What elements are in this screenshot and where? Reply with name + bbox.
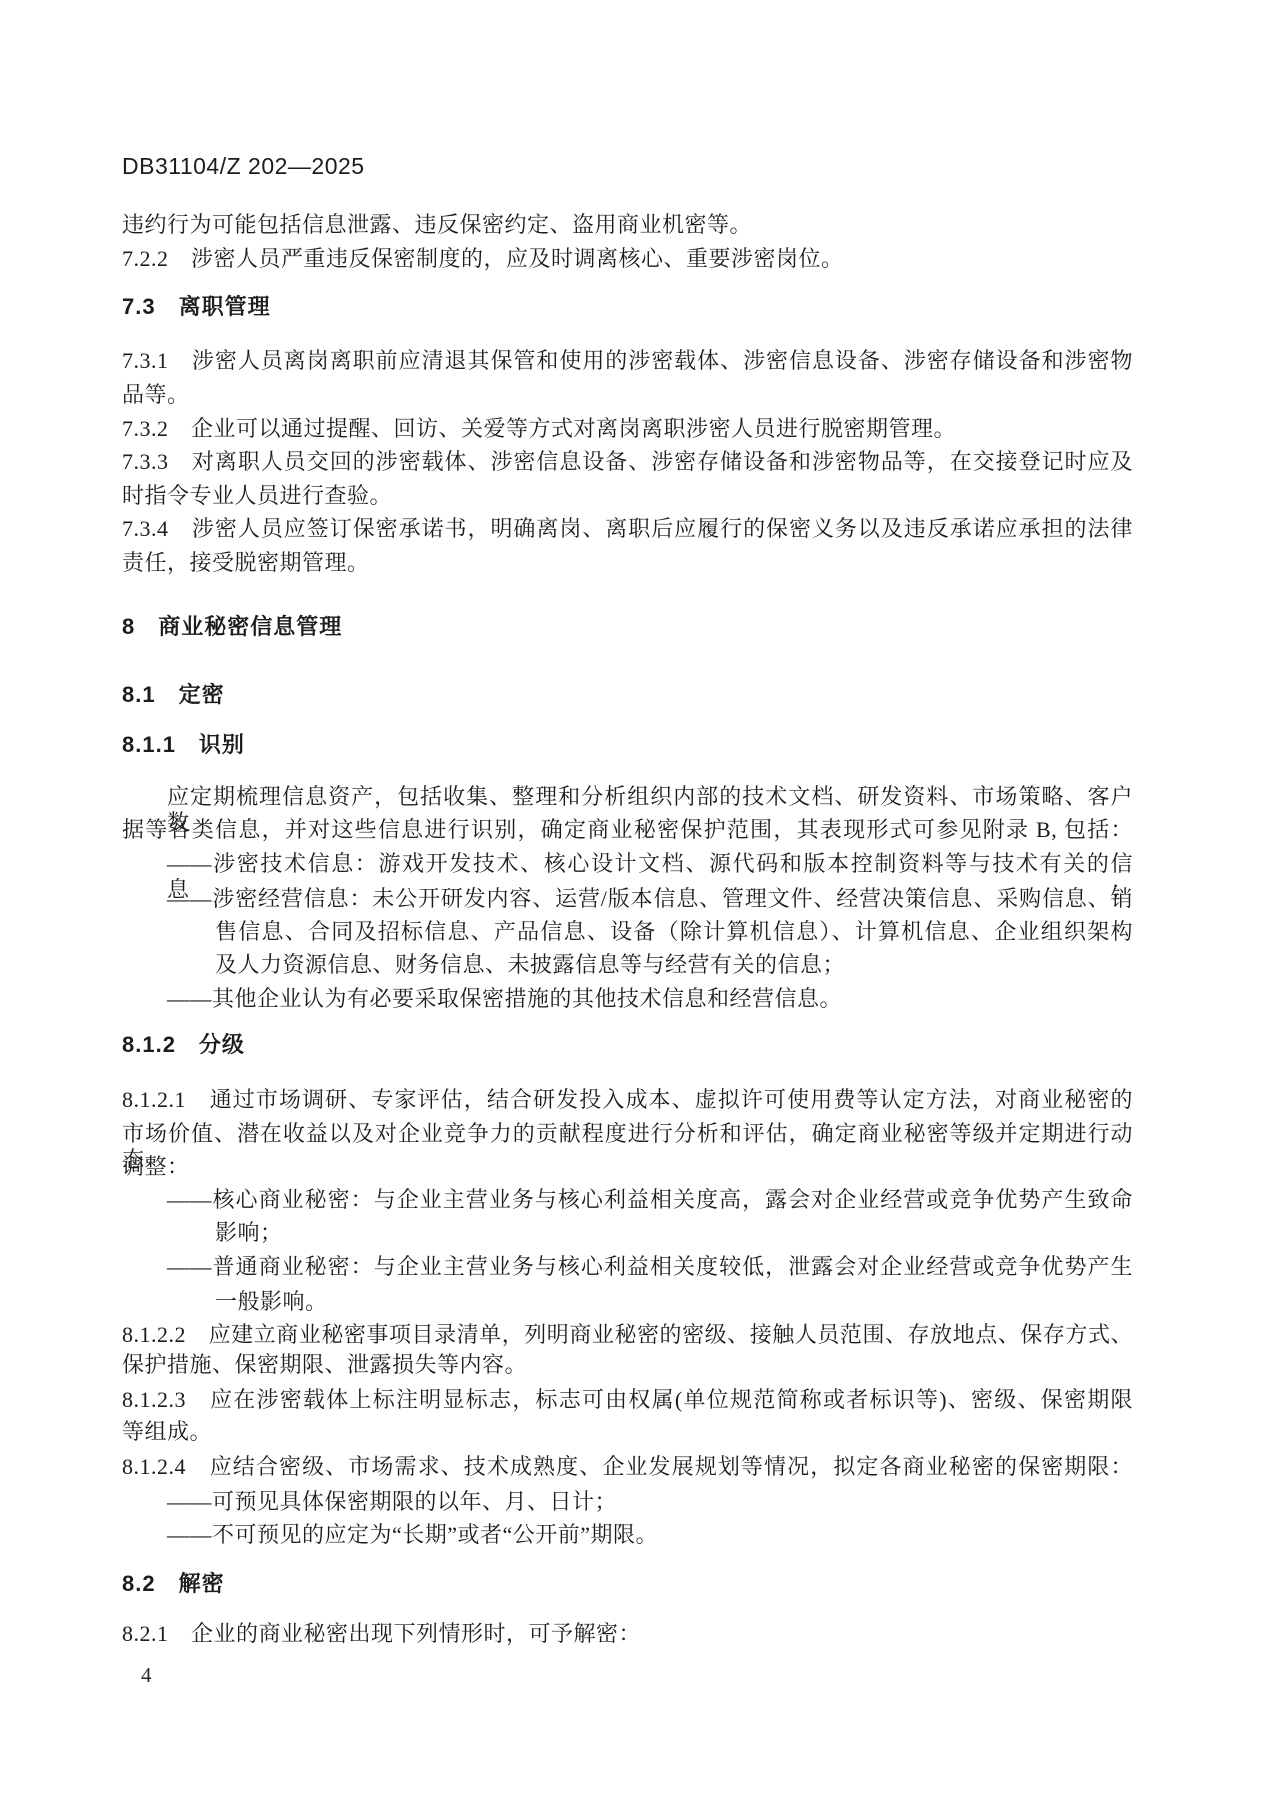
- page-number: 4: [141, 1663, 152, 1688]
- clause-7-3-4-line1: 7.3.4 涉密人员应签订保密承诺书，明确离岗、离职后应履行的保密义务以及违反承…: [122, 516, 1133, 542]
- dash-item-core-secret-line2: 影响；: [215, 1220, 283, 1246]
- dash-item-common-secret-line1: ——普通商业秘密：与企业主营业务与核心利益相关度较低，泄露会对企业经营或竞争优势…: [167, 1254, 1133, 1280]
- heading-8-2: 8.2 解密: [122, 1571, 225, 1597]
- heading-8-1-2: 8.1.2 分级: [122, 1032, 245, 1058]
- clause-8-1-2-1-line3: 调整：: [122, 1154, 190, 1180]
- paragraph-violation-note: 违约行为可能包括信息泄露、违反保密约定、盗用商业机密等。: [122, 212, 752, 238]
- clause-8-1-2-1-line1: 8.1.2.1 通过市场调研、专家评估，结合研发投入成本、虚拟许可使用费等认定方…: [122, 1087, 1133, 1113]
- dash-item-common-secret-line2: 一般影响。: [215, 1289, 328, 1315]
- heading-8-1-1: 8.1.1 识别: [122, 732, 245, 758]
- dash-item-business-info-line2: 售信息、合同及招标信息、产品信息、设备（除计算机信息）、计算机信息、企业组织架构: [215, 919, 1133, 945]
- heading-8-1: 8.1 定密: [122, 682, 225, 708]
- clause-8-1-2-3-line1: 8.1.2.3 应在涉密载体上标注明显标志，标志可由权属(单位规范简称或者标识等…: [122, 1387, 1133, 1413]
- heading-7-3: 7.3 离职管理: [122, 294, 271, 320]
- doc-code-header: DB31104/Z 202—2025: [122, 153, 365, 180]
- clause-8-1-2-3-line2: 等组成。: [122, 1419, 212, 1445]
- clause-8-1-2-1-line2: 市场价值、潜在收益以及对企业竞争力的贡献程度进行分析和评估，确定商业秘密等级并定…: [122, 1121, 1133, 1173]
- clause-7-3-1-line1: 7.3.1 涉密人员离岗离职前应清退其保管和使用的涉密载体、涉密信息设备、涉密存…: [122, 348, 1133, 374]
- dash-item-foreseeable-term: ——可预见具体保密期限的以年、月、日计；: [167, 1489, 617, 1515]
- clause-7-3-2: 7.3.2 企业可以通过提醒、回访、关爱等方式对离岗离职涉密人员进行脱密期管理。: [122, 416, 956, 442]
- para-8-1-1-line2: 据等各类信息，并对这些信息进行识别，确定商业秘密保护范围，其表现形式可参见附录 …: [122, 817, 1133, 843]
- clause-8-1-2-2-line2: 保护措施、保密期限、泄露损失等内容。: [122, 1352, 527, 1378]
- dash-item-business-info-line3: 及人力资源信息、财务信息、未披露信息等与经营有关的信息；: [215, 952, 845, 978]
- heading-8: 8 商业秘密信息管理: [122, 614, 342, 640]
- clause-7-2-2: 7.2.2 涉密人员严重违反保密制度的，应及时调离核心、重要涉密岗位。: [122, 246, 844, 272]
- clause-7-3-1-line2: 品等。: [122, 382, 190, 408]
- dash-item-unforeseeable-term: ——不可预见的应定为“长期”或者“公开前”期限。: [167, 1522, 658, 1548]
- dash-item-business-info-line1: ——涉密经营信息：未公开研发内容、运营/版本信息、管理文件、经营决策信息、采购信…: [167, 886, 1133, 912]
- clause-8-1-2-4: 8.1.2.4 应结合密级、市场需求、技术成熟度、企业发展规划等情况，拟定各商业…: [122, 1454, 1133, 1480]
- clause-7-3-3-line2: 时指令专业人员进行查验。: [122, 483, 392, 509]
- clause-8-2-1: 8.2.1 企业的商业秘密出现下列情形时，可予解密：: [122, 1621, 641, 1647]
- clause-8-1-2-2-line1: 8.1.2.2 应建立商业秘密事项目录清单，列明商业秘密的密级、接触人员范围、存…: [122, 1322, 1133, 1348]
- clause-7-3-3-line1: 7.3.3 对离职人员交回的涉密载体、涉密信息设备、涉密存储设备和涉密物品等，在…: [122, 449, 1133, 475]
- document-page: DB31104/Z 202—2025 违约行为可能包括信息泄露、违反保密约定、盗…: [0, 0, 1280, 1810]
- dash-item-core-secret-line1: ——核心商业秘密：与企业主营业务与核心利益相关度高，露会对企业经营或竞争优势产生…: [167, 1187, 1133, 1213]
- clause-7-3-4-line2: 责任，接受脱密期管理。: [122, 550, 370, 576]
- dash-item-other-info: ——其他企业认为有必要采取保密措施的其他技术信息和经营信息。: [167, 986, 842, 1012]
